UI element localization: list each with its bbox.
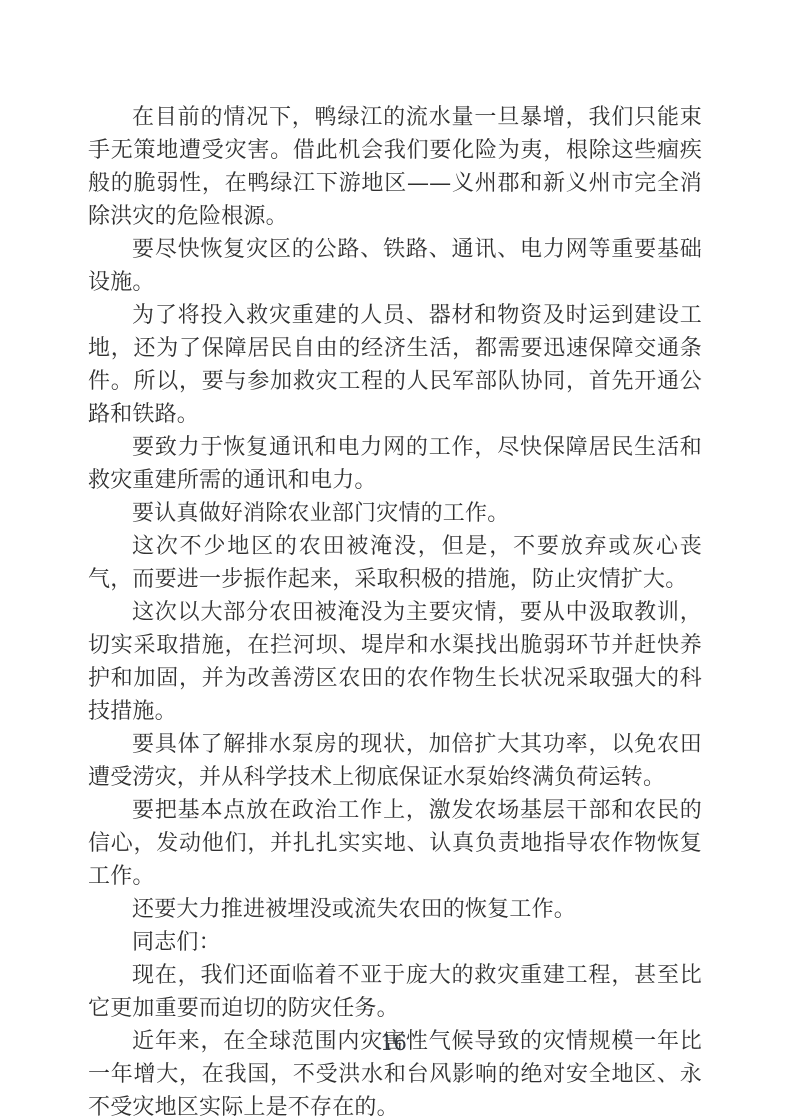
paragraph: 在目前的情况下，鸭绿江的流水量一旦暴增，我们只能束手无策地遭受灾害。借此机会我们…: [88, 101, 702, 233]
paragraph: 要致力于恢复通讯和电力网的工作，尽快保障居民生活和救灾重建所需的通讯和电力。: [88, 431, 702, 497]
paragraph: 要把基本点放在政治工作上，激发农场基层干部和农民的信心，发动他们，并扎扎实实地、…: [88, 794, 702, 893]
document-body: 在目前的情况下，鸭绿江的流水量一旦暴增，我们只能束手无策地遭受灾害。借此机会我们…: [88, 101, 702, 1117]
salutation-line: 同志们：: [88, 926, 702, 959]
paragraph: 还要大力推进被埋没或流失农田的恢复工作。: [88, 893, 702, 926]
paragraph: 要尽快恢复灾区的公路、铁路、通讯、电力网等重要基础设施。: [88, 233, 702, 299]
paragraph: 要认真做好消除农业部门灾情的工作。: [88, 497, 702, 530]
paragraph: 要具体了解排水泵房的现状，加倍扩大其功率，以免农田遭受涝灾，并从科学技术上彻底保…: [88, 728, 702, 794]
paragraph: 现在，我们还面临着不亚于庞大的救灾重建工程，甚至比它更加重要而迫切的防灾任务。: [88, 959, 702, 1025]
document-page: 在目前的情况下，鸭绿江的流水量一旦暴增，我们只能束手无策地遭受灾害。借此机会我们…: [0, 0, 787, 1117]
paragraph: 为了将投入救灾重建的人员、器材和物资及时运到建设工地，还为了保障居民自由的经济生…: [88, 299, 702, 431]
paragraph: 这次以大部分农田被淹没为主要灾情，要从中汲取教训，切实采取措施，在拦河坝、堤岸和…: [88, 596, 702, 728]
paragraph: 这次不少地区的农田被淹没，但是，不要放弃或灰心丧气，而要进一步振作起来，采取积极…: [88, 530, 702, 596]
page-number: 16: [0, 1030, 787, 1056]
